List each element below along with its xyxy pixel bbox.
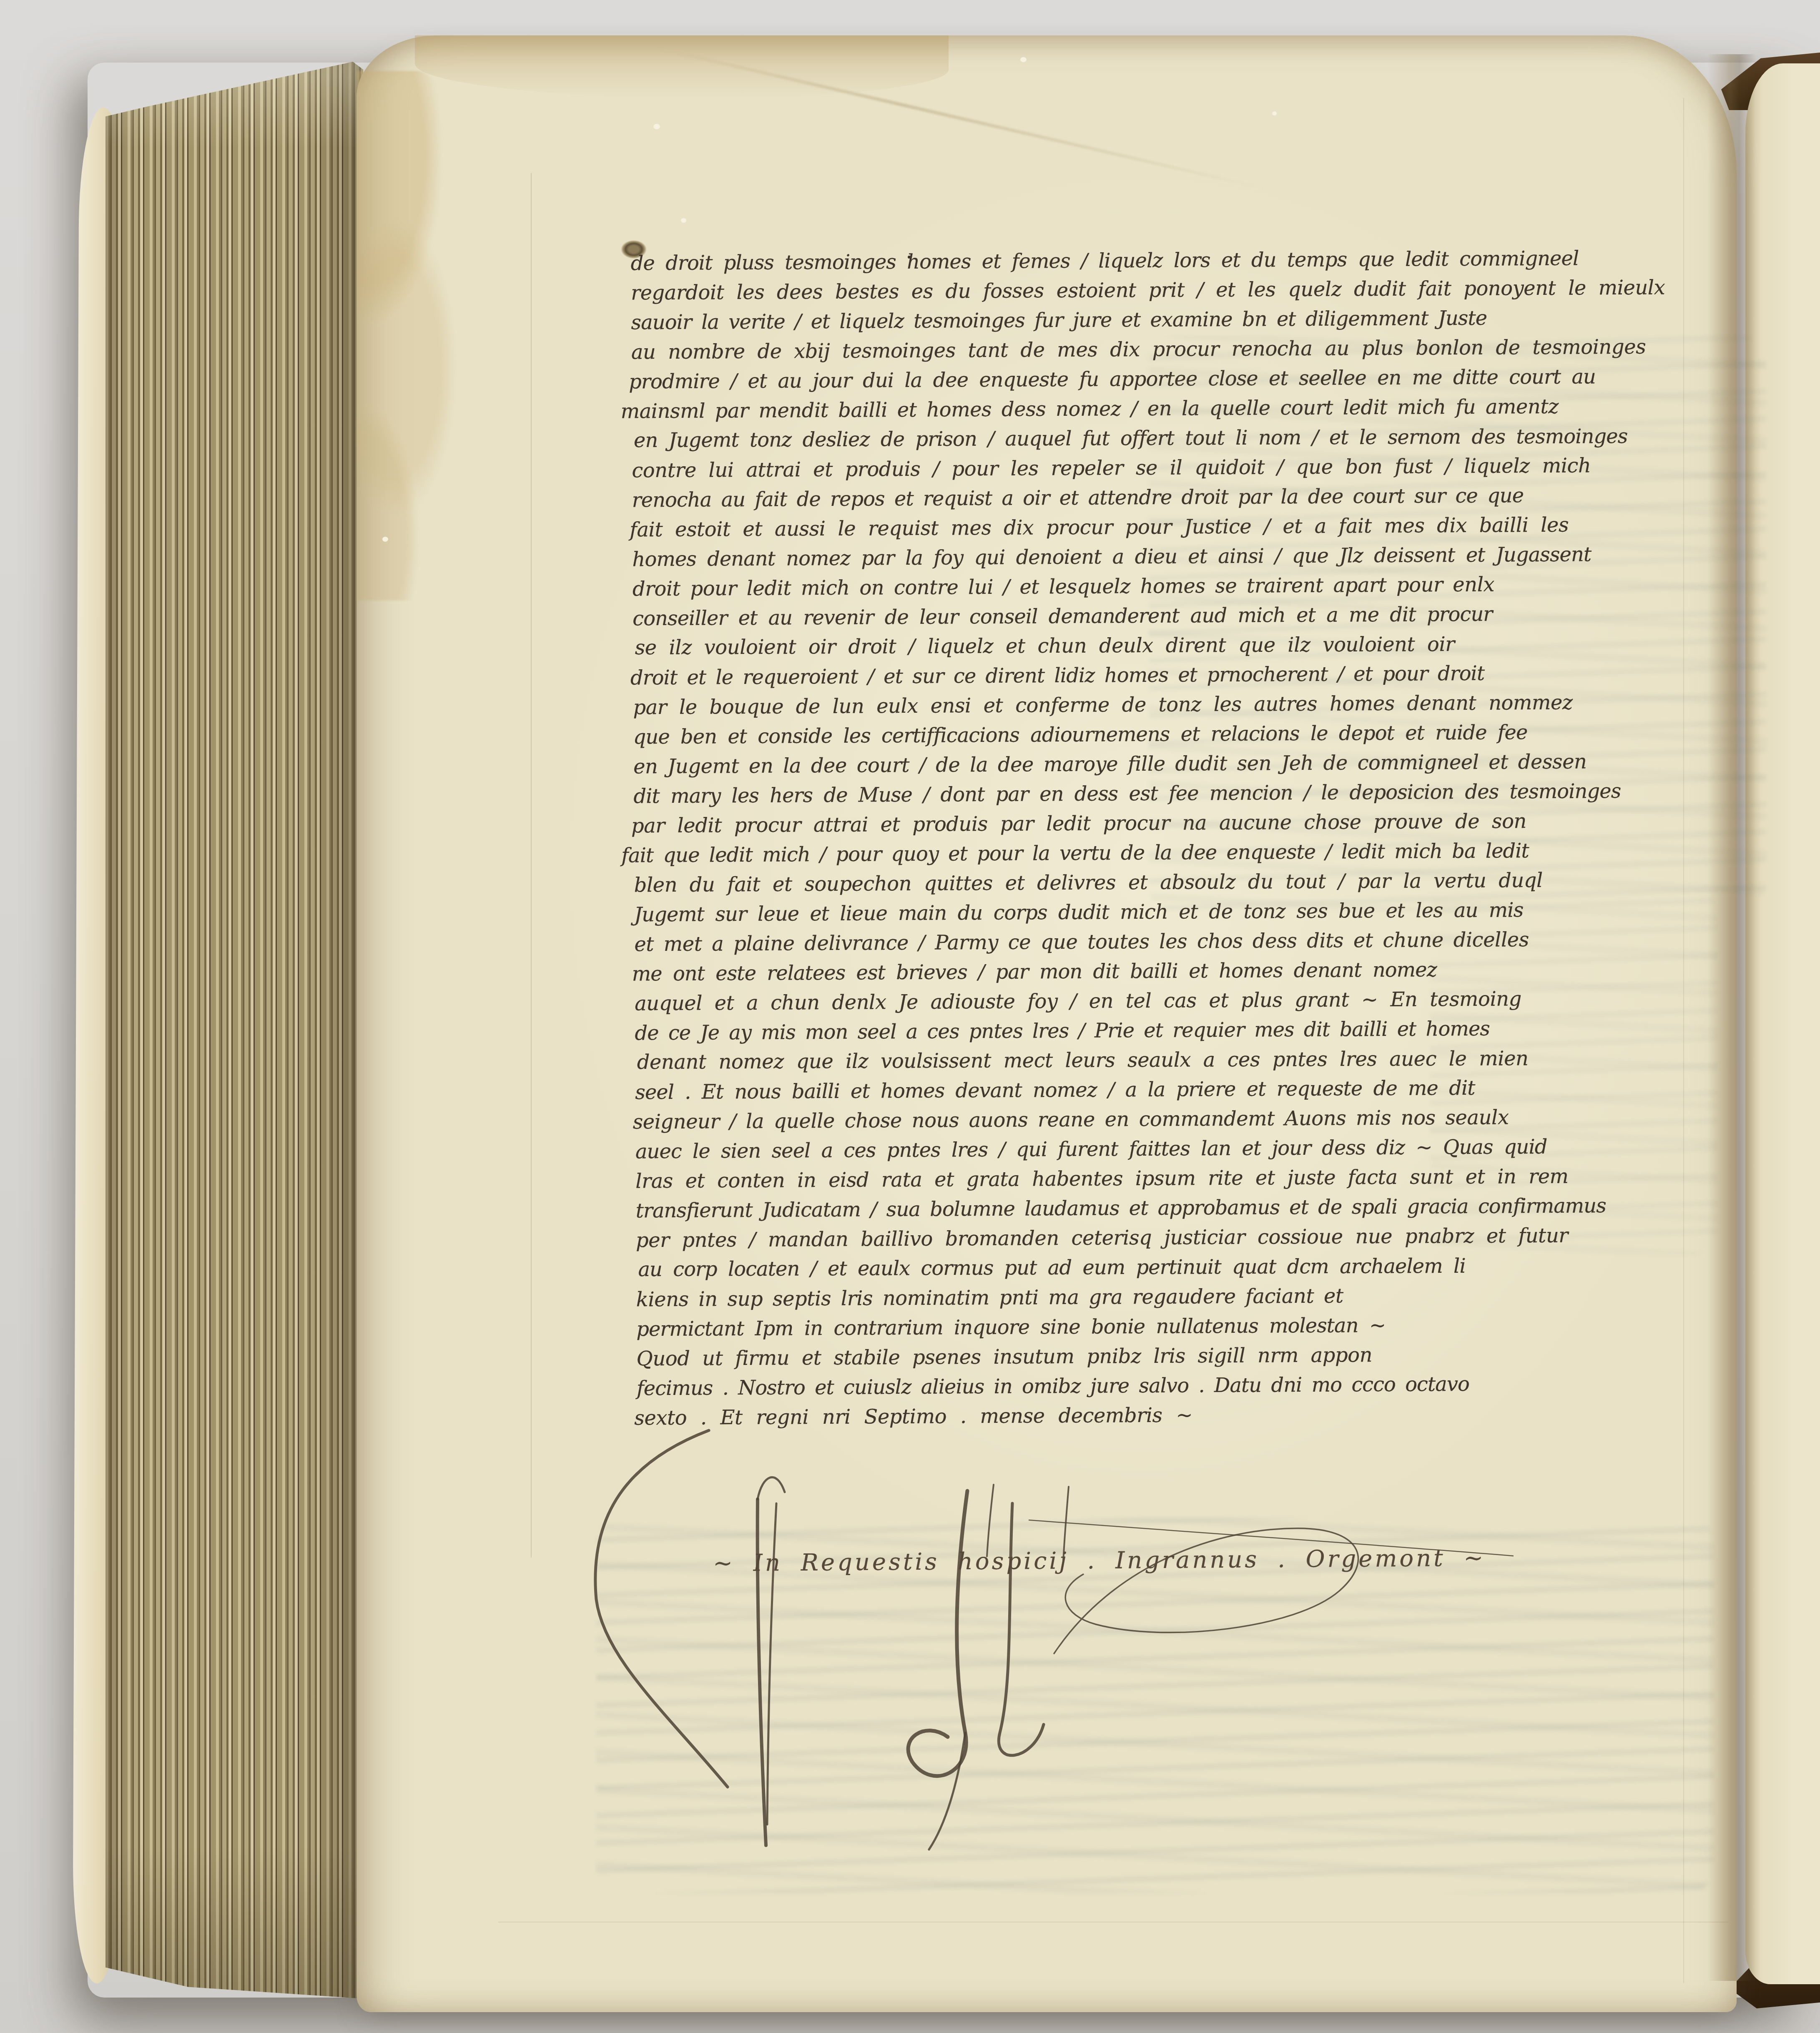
- manuscript-line: au corp locaten / et eaulx cormus put ad…: [638, 1251, 1655, 1284]
- docket-line: ~ In Requestis hospicij . Ingrannus . Or…: [713, 1545, 1486, 1577]
- manuscript-line: de ce Je ay mis mon seel a ces pntes lre…: [635, 1013, 1652, 1048]
- manuscript-line: prodmire / et au jour dui la dee enquest…: [629, 362, 1646, 397]
- manuscript-text-block: de droit pluss tesmoinges homes et femes…: [631, 244, 1654, 1433]
- manuscript-line: par ledit procur attrai et produis par l…: [631, 806, 1649, 841]
- paper-fleck: [1272, 111, 1277, 116]
- top-edge-toning: [415, 35, 949, 98]
- manuscript-line: seigneur / la quelle chose nous auons re…: [633, 1102, 1650, 1137]
- manuscript-line: sauoir la verite / et liquelz tesmoinges…: [631, 303, 1648, 338]
- manuscript-line: permictant Ipm in contrarium inquore sin…: [636, 1309, 1654, 1344]
- photograph: de droit pluss tesmoinges homes et femes…: [0, 0, 1820, 2033]
- manuscript-line: renocha au fait de repos et requist a oi…: [632, 480, 1649, 515]
- manuscript-line: et met a plaine delivrance / Parmy ce qu…: [634, 925, 1652, 960]
- manuscript-line: kiens in sup septis lris nominatim pnti …: [636, 1280, 1654, 1315]
- manuscript-line: en Jugemt tonz desliez de prison / auque…: [634, 422, 1651, 455]
- paper-fleck: [681, 218, 686, 223]
- manuscript-line: fait estoit et aussi le requist mes dix …: [630, 510, 1647, 545]
- manuscript-line: droit pour ledit mich on contre lui / et…: [633, 569, 1650, 604]
- manuscript-line: per pntes / mandan baillivo bromanden ce…: [636, 1221, 1653, 1256]
- manuscript-line: dit mary les hers de Muse / dont par en …: [633, 777, 1651, 812]
- margin-ruling-left: [531, 173, 532, 1558]
- manuscript-line: regardoit les dees bestes es du fosses e…: [631, 273, 1648, 308]
- manuscript-line: blen du fait et soupechon quittes et del…: [634, 865, 1651, 900]
- manuscript-line: conseiller et au revenir de leur conseil…: [633, 599, 1650, 634]
- margin-ruling-right: [1683, 98, 1684, 1983]
- manuscript-line: seel . Et nous bailli et homes devant no…: [635, 1073, 1652, 1108]
- paper-fleck: [653, 124, 660, 129]
- manuscript-line: transfierunt Judicatam / sua bolumne lau…: [635, 1191, 1653, 1226]
- manuscript-line: fait que ledit mich / pour quoy et pour …: [621, 836, 1639, 871]
- manuscript-line: mainsml par mendit bailli et homes dess …: [620, 392, 1638, 427]
- parchment-crease: [656, 46, 1266, 190]
- manuscript-line: que ben et conside les certifficacions a…: [633, 717, 1651, 752]
- manuscript-line: se ilz vouloient oir droit / liquelz et …: [635, 629, 1652, 663]
- manuscript-page: de droit pluss tesmoinges homes et femes…: [356, 35, 1737, 2012]
- paper-fleck: [1020, 57, 1027, 62]
- gutter-shading: [1707, 54, 1762, 1981]
- manuscript-line: en Jugemt en la dee court / de la dee ma…: [633, 747, 1651, 782]
- manuscript-line: droit et le requeroient / et sur ce dire…: [630, 658, 1648, 693]
- manuscript-line: homes denant nomez par la foy qui denoie…: [632, 540, 1649, 575]
- manuscript-line: Jugemt sur leue et lieue main du corps d…: [634, 895, 1652, 930]
- manuscript-line: de droit pluss tesmoinges homes et femes…: [631, 244, 1648, 279]
- paper-fleck: [382, 537, 388, 542]
- manuscript-line: contre lui attrai et produis / pour les …: [632, 451, 1649, 486]
- page-stack-fore-edges: [105, 50, 363, 2003]
- manuscript-line: denant nomez que ilz voulsissent mect le…: [637, 1043, 1654, 1077]
- manuscript-line: par le bouque de lun eulx ensi et confer…: [633, 688, 1650, 723]
- manuscript-line: lras et conten in eisd rata et grata hab…: [635, 1161, 1653, 1196]
- ruling-horizontal: [498, 1922, 1728, 1922]
- notarial-flourish: [571, 1368, 1514, 1889]
- manuscript-line: me ont este relatees est brieves / par m…: [632, 954, 1649, 989]
- manuscript-line: au nombre de xbij tesmoinges tant de mes…: [631, 332, 1649, 367]
- manuscript-line: auquel et a chun denlx Je adiouste foy /…: [635, 984, 1652, 1019]
- water-stain-top-left: [356, 71, 488, 601]
- manuscript-line: auec le sien seel a ces pntes lres / qui…: [635, 1132, 1653, 1167]
